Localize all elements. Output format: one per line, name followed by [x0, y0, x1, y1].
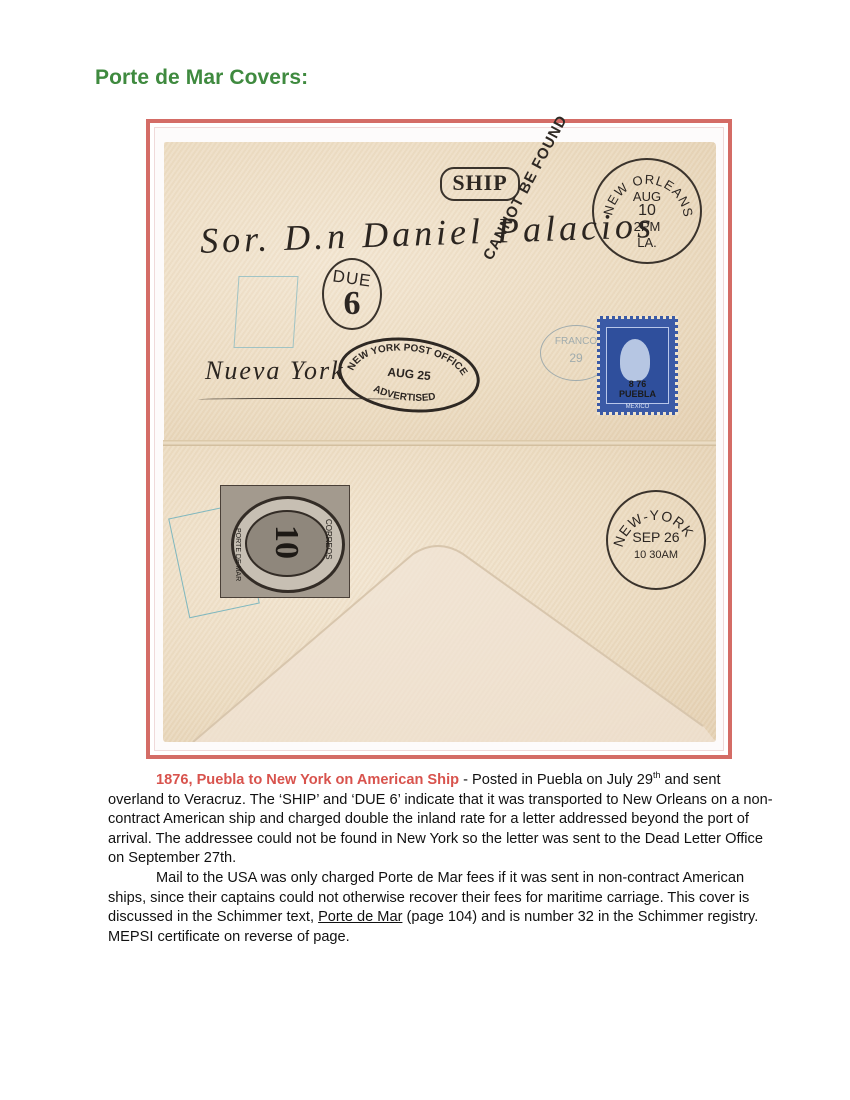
due-6-handstamp: DUE 6 [322, 258, 382, 330]
cover-description: 1876, Puebla to New York on American Shi… [108, 771, 773, 947]
stamp-label-porte-de-mar: PORTE DE MAR [234, 528, 241, 581]
page-title: Porte de Mar Covers: [95, 66, 308, 90]
description-paragraph-2: Mail to the USA was only charged Porte d… [108, 869, 773, 947]
new-york-date: SEP 26 [608, 530, 704, 544]
stamp-country: MEXICO [600, 404, 675, 410]
ship-handstamp: SHIP [440, 167, 520, 201]
new-york-postmark: NEW-YORK SEP 26 10 30AM [606, 490, 706, 590]
description-paragraph-1: 1876, Puebla to New York on American Shi… [108, 771, 773, 869]
stamp-value: 10 [267, 477, 305, 607]
mexico-blue-stamp-puebla-overprint: 8 76 PUEBLA MEXICO [597, 316, 678, 415]
due-amount: 6 [324, 289, 380, 319]
porte-de-mar-10-stamp: 10 PORTE DE MAR CORREOS [220, 485, 350, 598]
handwritten-destination: Nueva York [205, 356, 345, 386]
new-york-time: 10 30AM [608, 548, 704, 562]
svg-text:ADVERTISED: ADVERTISED [371, 383, 438, 406]
description-heading: 1876, Puebla to New York on American Shi… [156, 772, 459, 788]
porte-de-mar-reference: Porte de Mar [318, 909, 402, 925]
stamp-overprint: 8 76 PUEBLA [606, 379, 669, 399]
stamp-label-correos: CORREOS [324, 519, 333, 559]
portrait-head-icon [620, 339, 650, 381]
handwritten-underline [198, 398, 398, 401]
blue-forwarding-mark-front [233, 276, 298, 348]
